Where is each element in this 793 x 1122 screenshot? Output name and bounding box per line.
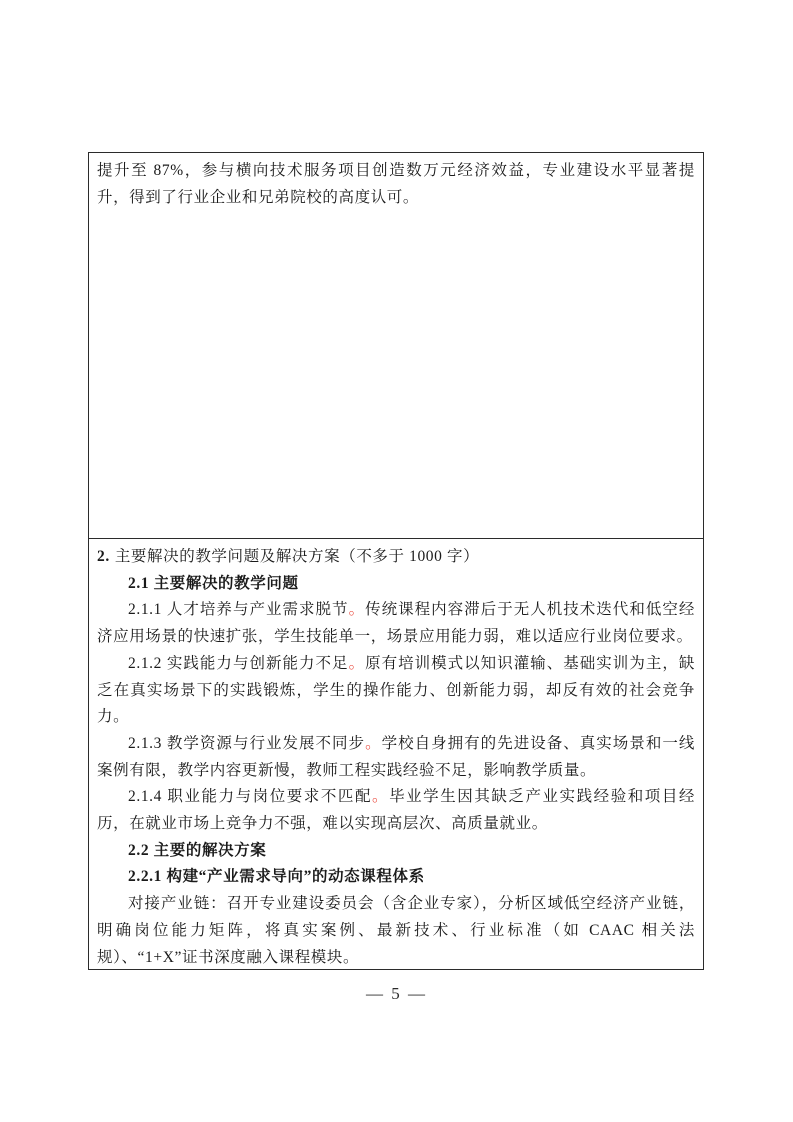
problem-2-red-period: 。 bbox=[349, 655, 366, 672]
carryover-paragraph: 提升至 87%，参与横向技术服务项目创造数万元经济效益，专业建设水平显著提升，得… bbox=[97, 158, 695, 211]
subsection-2-2-1-heading: 2.2.1 构建“产业需求导向”的动态课程体系 bbox=[97, 864, 695, 891]
table-cell-section-2: 2.主要解决的教学问题及解决方案（不多于 1000 字） 2.1 主要解决的教学… bbox=[89, 539, 703, 969]
subsection-2-2-heading: 2.2 主要的解决方案 bbox=[97, 838, 695, 865]
form-table: 提升至 87%，参与横向技术服务项目创造数万元经济效益，专业建设水平显著提升，得… bbox=[88, 152, 704, 970]
problem-3-lead: 2.1.3 教学资源与行业发展不同步 bbox=[128, 735, 365, 752]
section-2-title: 主要解决的教学问题及解决方案（不多于 1000 字） bbox=[115, 548, 479, 565]
table-cell-previous-section: 提升至 87%，参与横向技术服务项目创造数万元经济效益，专业建设水平显著提升，得… bbox=[89, 153, 703, 539]
problem-paragraph-2: 2.1.2 实践能力与创新能力不足。原有培训模式以知识灌输、基础实训为主，缺乏在… bbox=[97, 651, 695, 731]
subsection-2-1-heading: 2.1 主要解决的教学问题 bbox=[97, 571, 695, 598]
solution-paragraph-1: 对接产业链：召开专业建设委员会（含企业专家），分析区域低空经济产业链，明确岗位能… bbox=[97, 891, 695, 969]
problem-paragraph-4: 2.1.4 职业能力与岗位要求不匹配。毕业学生因其缺乏产业实践经验和项目经历，在… bbox=[97, 784, 695, 837]
problem-1-lead: 2.1.1 人才培养与产业需求脱节 bbox=[128, 601, 349, 618]
problem-paragraph-3: 2.1.3 教学资源与行业发展不同步。学校自身拥有的先进设备、真实场景和一线案例… bbox=[97, 731, 695, 784]
problem-4-lead: 2.1.4 职业能力与岗位要求不匹配 bbox=[128, 788, 372, 805]
problem-3-red-period: 。 bbox=[365, 735, 382, 752]
section-2-number: 2. bbox=[97, 548, 110, 565]
problem-paragraph-1: 2.1.1 人才培养与产业需求脱节。传统课程内容滞后于无人机技术迭代和低空经济应… bbox=[97, 597, 695, 650]
problem-2-lead: 2.1.2 实践能力与创新能力不足 bbox=[128, 655, 349, 672]
section-2-heading: 2.主要解决的教学问题及解决方案（不多于 1000 字） bbox=[97, 544, 695, 571]
problem-1-red-period: 。 bbox=[349, 601, 366, 618]
page-number: — 5 — bbox=[0, 984, 793, 1004]
problem-4-red-period: 。 bbox=[372, 788, 389, 805]
